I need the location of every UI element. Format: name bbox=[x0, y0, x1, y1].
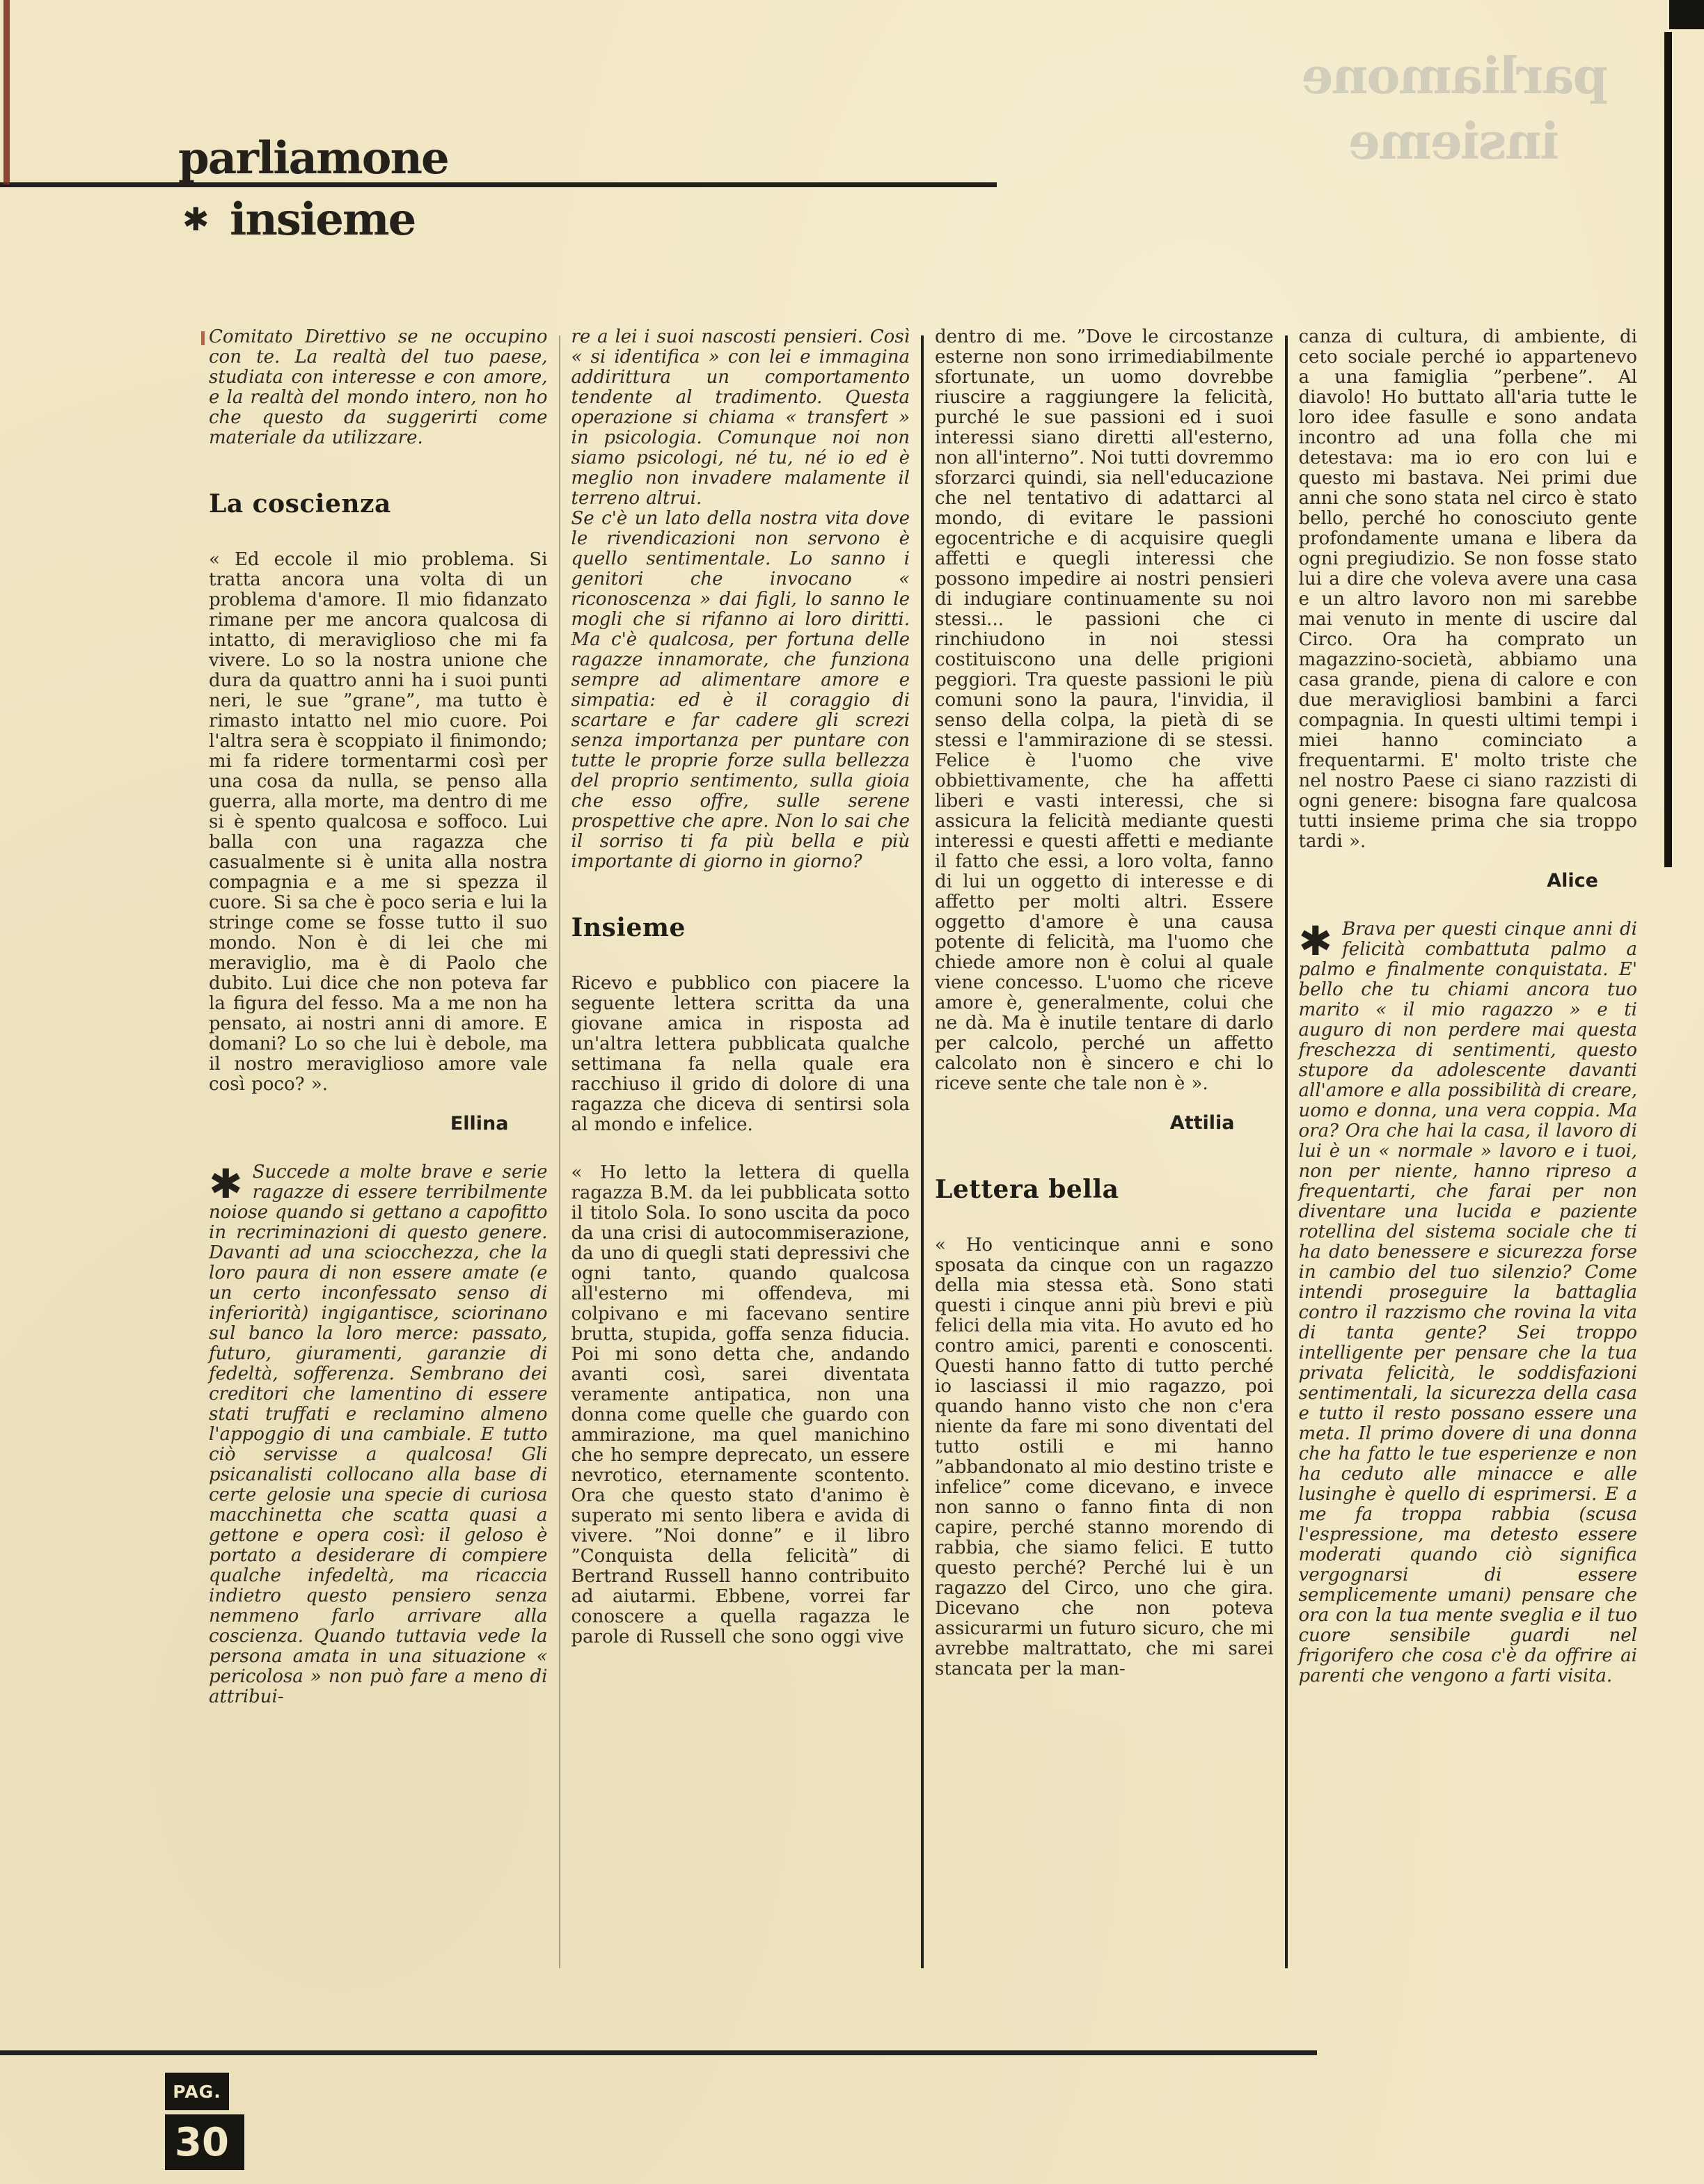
column-2: re a lei i suoi nascosti pensieri. Così … bbox=[571, 327, 910, 1647]
reply-asterisk-icon: ✱ bbox=[209, 1162, 253, 1203]
ink-mark bbox=[201, 331, 205, 345]
letter-alice-part1: « Ho venticinque anni e sono sposata da … bbox=[935, 1235, 1274, 1679]
showthrough-title: parliamone insieme bbox=[995, 43, 1608, 173]
title-asterisk-icon: ✱ bbox=[182, 203, 210, 235]
reply-to-ellina-part3: Se c'è un lato della nostra vita dove le… bbox=[571, 509, 910, 872]
letter-ellina-text: « Ed eccole il mio problema. Si tratta a… bbox=[209, 550, 548, 1095]
signature-alice: Alice bbox=[1299, 870, 1638, 892]
header-rule bbox=[0, 182, 997, 187]
reply-to-ellina-part2: re a lei i suoi nascosti pensieri. Così … bbox=[571, 327, 910, 509]
reply-continuation-comitato: Comitato Direttivo se ne occupino con te… bbox=[209, 327, 548, 448]
page-label: PAG. bbox=[165, 2073, 229, 2110]
letter-attilia-part1: « Ho letto la lettera di quella ragazza … bbox=[571, 1163, 910, 1647]
corner-mark bbox=[1669, 0, 1704, 29]
column-1: Comitato Direttivo se ne occupino con te… bbox=[209, 327, 548, 1707]
footer-rule bbox=[0, 2050, 1317, 2055]
ink-edge-mark bbox=[3, 0, 10, 184]
right-edge-rule bbox=[1664, 32, 1672, 867]
reply-to-ellina-part1-text: Succede a molte brave e serie ragazze di… bbox=[209, 1162, 548, 1707]
reply-asterisk-icon: ✱ bbox=[1299, 919, 1343, 960]
showthrough-title-line1: parliamone bbox=[995, 43, 1608, 109]
letter-attilia-part2: dentro di me. ”Dove le circostanze ester… bbox=[935, 327, 1274, 1094]
signature-attilia: Attilia bbox=[935, 1112, 1274, 1134]
heading-lettera-bella: Lettera bella bbox=[935, 1177, 1274, 1202]
showthrough-title-line2: insieme bbox=[995, 109, 1608, 174]
reply-to-alice: ✱Brava per questi cinque anni di felicit… bbox=[1299, 919, 1638, 1686]
reply-to-alice-text: Brava per questi cinque anni di felicità… bbox=[1299, 919, 1638, 1686]
column-divider bbox=[921, 335, 924, 1968]
signature-ellina: Ellina bbox=[209, 1113, 548, 1134]
page-number: 30 bbox=[165, 2114, 244, 2170]
letter-alice-part2: canza di cultura, di ambiente, di ceto s… bbox=[1299, 327, 1638, 852]
article-columns: Comitato Direttivo se ne occupino con te… bbox=[209, 327, 1637, 1968]
reply-to-ellina-part1: ✱Succede a molte brave e serie ragazze d… bbox=[209, 1162, 548, 1707]
magazine-page: parliamone insieme parliamone ✱ insieme … bbox=[0, 0, 1704, 2184]
column-divider bbox=[559, 335, 560, 1968]
editor-intro-insieme: Ricevo e pubblico con piacere la seguent… bbox=[571, 974, 910, 1135]
heading-la-coscienza: La coscienza bbox=[209, 491, 548, 516]
page-title-line2: insieme bbox=[230, 198, 415, 242]
column-divider bbox=[1285, 335, 1288, 1968]
page-title-line1: parliamone bbox=[178, 136, 448, 181]
column-4: canza di cultura, di ambiente, di ceto s… bbox=[1299, 327, 1638, 1686]
heading-insieme: Insieme bbox=[571, 915, 910, 940]
column-3: dentro di me. ”Dove le circostanze ester… bbox=[935, 327, 1274, 1679]
